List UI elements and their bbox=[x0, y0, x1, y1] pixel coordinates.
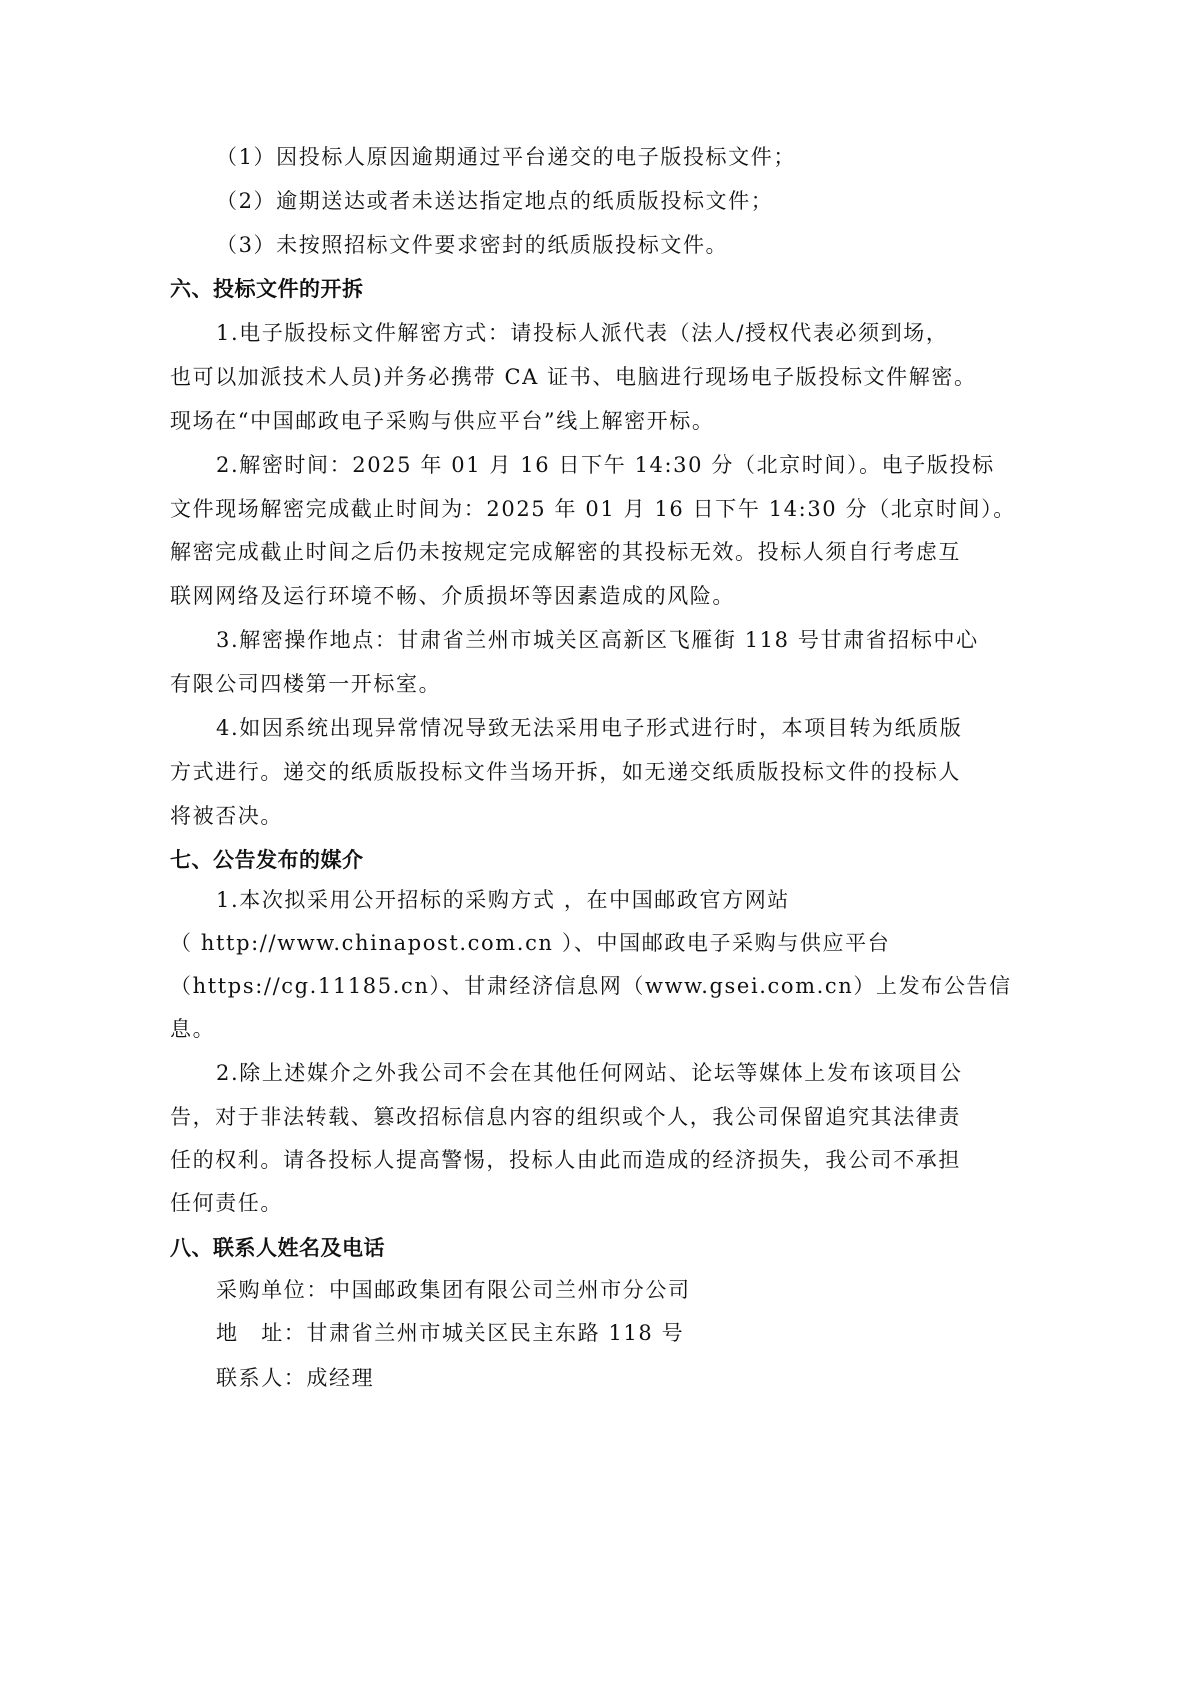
paragraph-line: 告，对于非法转载、篡改招标信息内容的组织或个人，我公司保留追究其法律责 bbox=[170, 1102, 961, 1132]
paragraph-line: 1.本次拟采用公开招标的采购方式 ，在中国邮政官方网站 bbox=[216, 885, 790, 915]
paragraph-line: 现场在“中国邮政电子采购与供应平台”线上解密开标。 bbox=[170, 406, 714, 436]
paragraph-line: 4.如因系统出现异常情况导致无法采用电子形式进行时，本项目转为纸质版 bbox=[216, 713, 962, 743]
paragraph-line: 也可以加派技术人员)并务必携带 CA 证书、电脑进行现场电子版投标文件解密。 bbox=[170, 362, 977, 392]
contact-person: 联系人：成经理 bbox=[216, 1363, 374, 1393]
paragraph-line: 方式进行。递交的纸质版投标文件当场开拆，如无递交纸质版投标文件的投标人 bbox=[170, 757, 961, 787]
section-heading-8: 八、联系人姓名及电话 bbox=[170, 1233, 385, 1263]
section-heading-7: 七、公告发布的媒介 bbox=[170, 845, 364, 875]
paragraph-line: 任何责任。 bbox=[170, 1188, 283, 1218]
paragraph-line: 联网网络及运行环境不畅、介质损坏等因素造成的风险。 bbox=[170, 581, 735, 611]
paragraph-line: （ http://www.chinapost.com.cn ）、中国邮政电子采购… bbox=[170, 928, 890, 958]
section-heading-6: 六、投标文件的开拆 bbox=[170, 274, 364, 304]
paragraph-line: 有限公司四楼第一开标室。 bbox=[170, 669, 441, 699]
list-item-1: （1）因投标人原因逾期通过平台递交的电子版投标文件； bbox=[216, 142, 796, 172]
paragraph-line: 息。 bbox=[170, 1014, 215, 1044]
contact-address: 地 址：甘肃省兰州市城关区民主东路 118 号 bbox=[216, 1318, 684, 1348]
paragraph-line: 2.除上述媒介之外我公司不会在其他任何网站、论坛等媒体上发布该项目公 bbox=[216, 1058, 962, 1088]
document-page: （1）因投标人原因逾期通过平台递交的电子版投标文件； （2）逾期送达或者未送达指… bbox=[0, 0, 1191, 1684]
paragraph-line: 文件现场解密完成截止时间为：2025 年 01 月 16 日下午 14:30 分… bbox=[170, 494, 1016, 524]
paragraph-line: 解密完成截止时间之后仍未按规定完成解密的其投标无效。投标人须自行考虑互 bbox=[170, 537, 961, 567]
list-item-2: （2）逾期送达或者未送达指定地点的纸质版投标文件； bbox=[216, 186, 773, 216]
paragraph-line: （https://cg.11185.cn）、甘肃经济信息网（www.gsei.c… bbox=[170, 971, 1012, 1001]
paragraph-line: 将被否决。 bbox=[170, 801, 283, 831]
list-item-3: （3）未按照招标文件要求密封的纸质版投标文件。 bbox=[216, 230, 728, 260]
paragraph-line: 1.电子版投标文件解密方式：请投标人派代表（法人/授权代表必须到场， bbox=[216, 318, 949, 348]
contact-purchaser: 采购单位：中国邮政集团有限公司兰州市分公司 bbox=[216, 1275, 691, 1305]
paragraph-line: 任的权利。请各投标人提高警惕，投标人由此而造成的经济损失，我公司不承担 bbox=[170, 1145, 961, 1175]
paragraph-line: 2.解密时间：2025 年 01 月 16 日下午 14:30 分（北京时间）。… bbox=[216, 450, 995, 480]
paragraph-line: 3.解密操作地点：甘肃省兰州市城关区高新区飞雁街 118 号甘肃省招标中心 bbox=[216, 625, 979, 655]
